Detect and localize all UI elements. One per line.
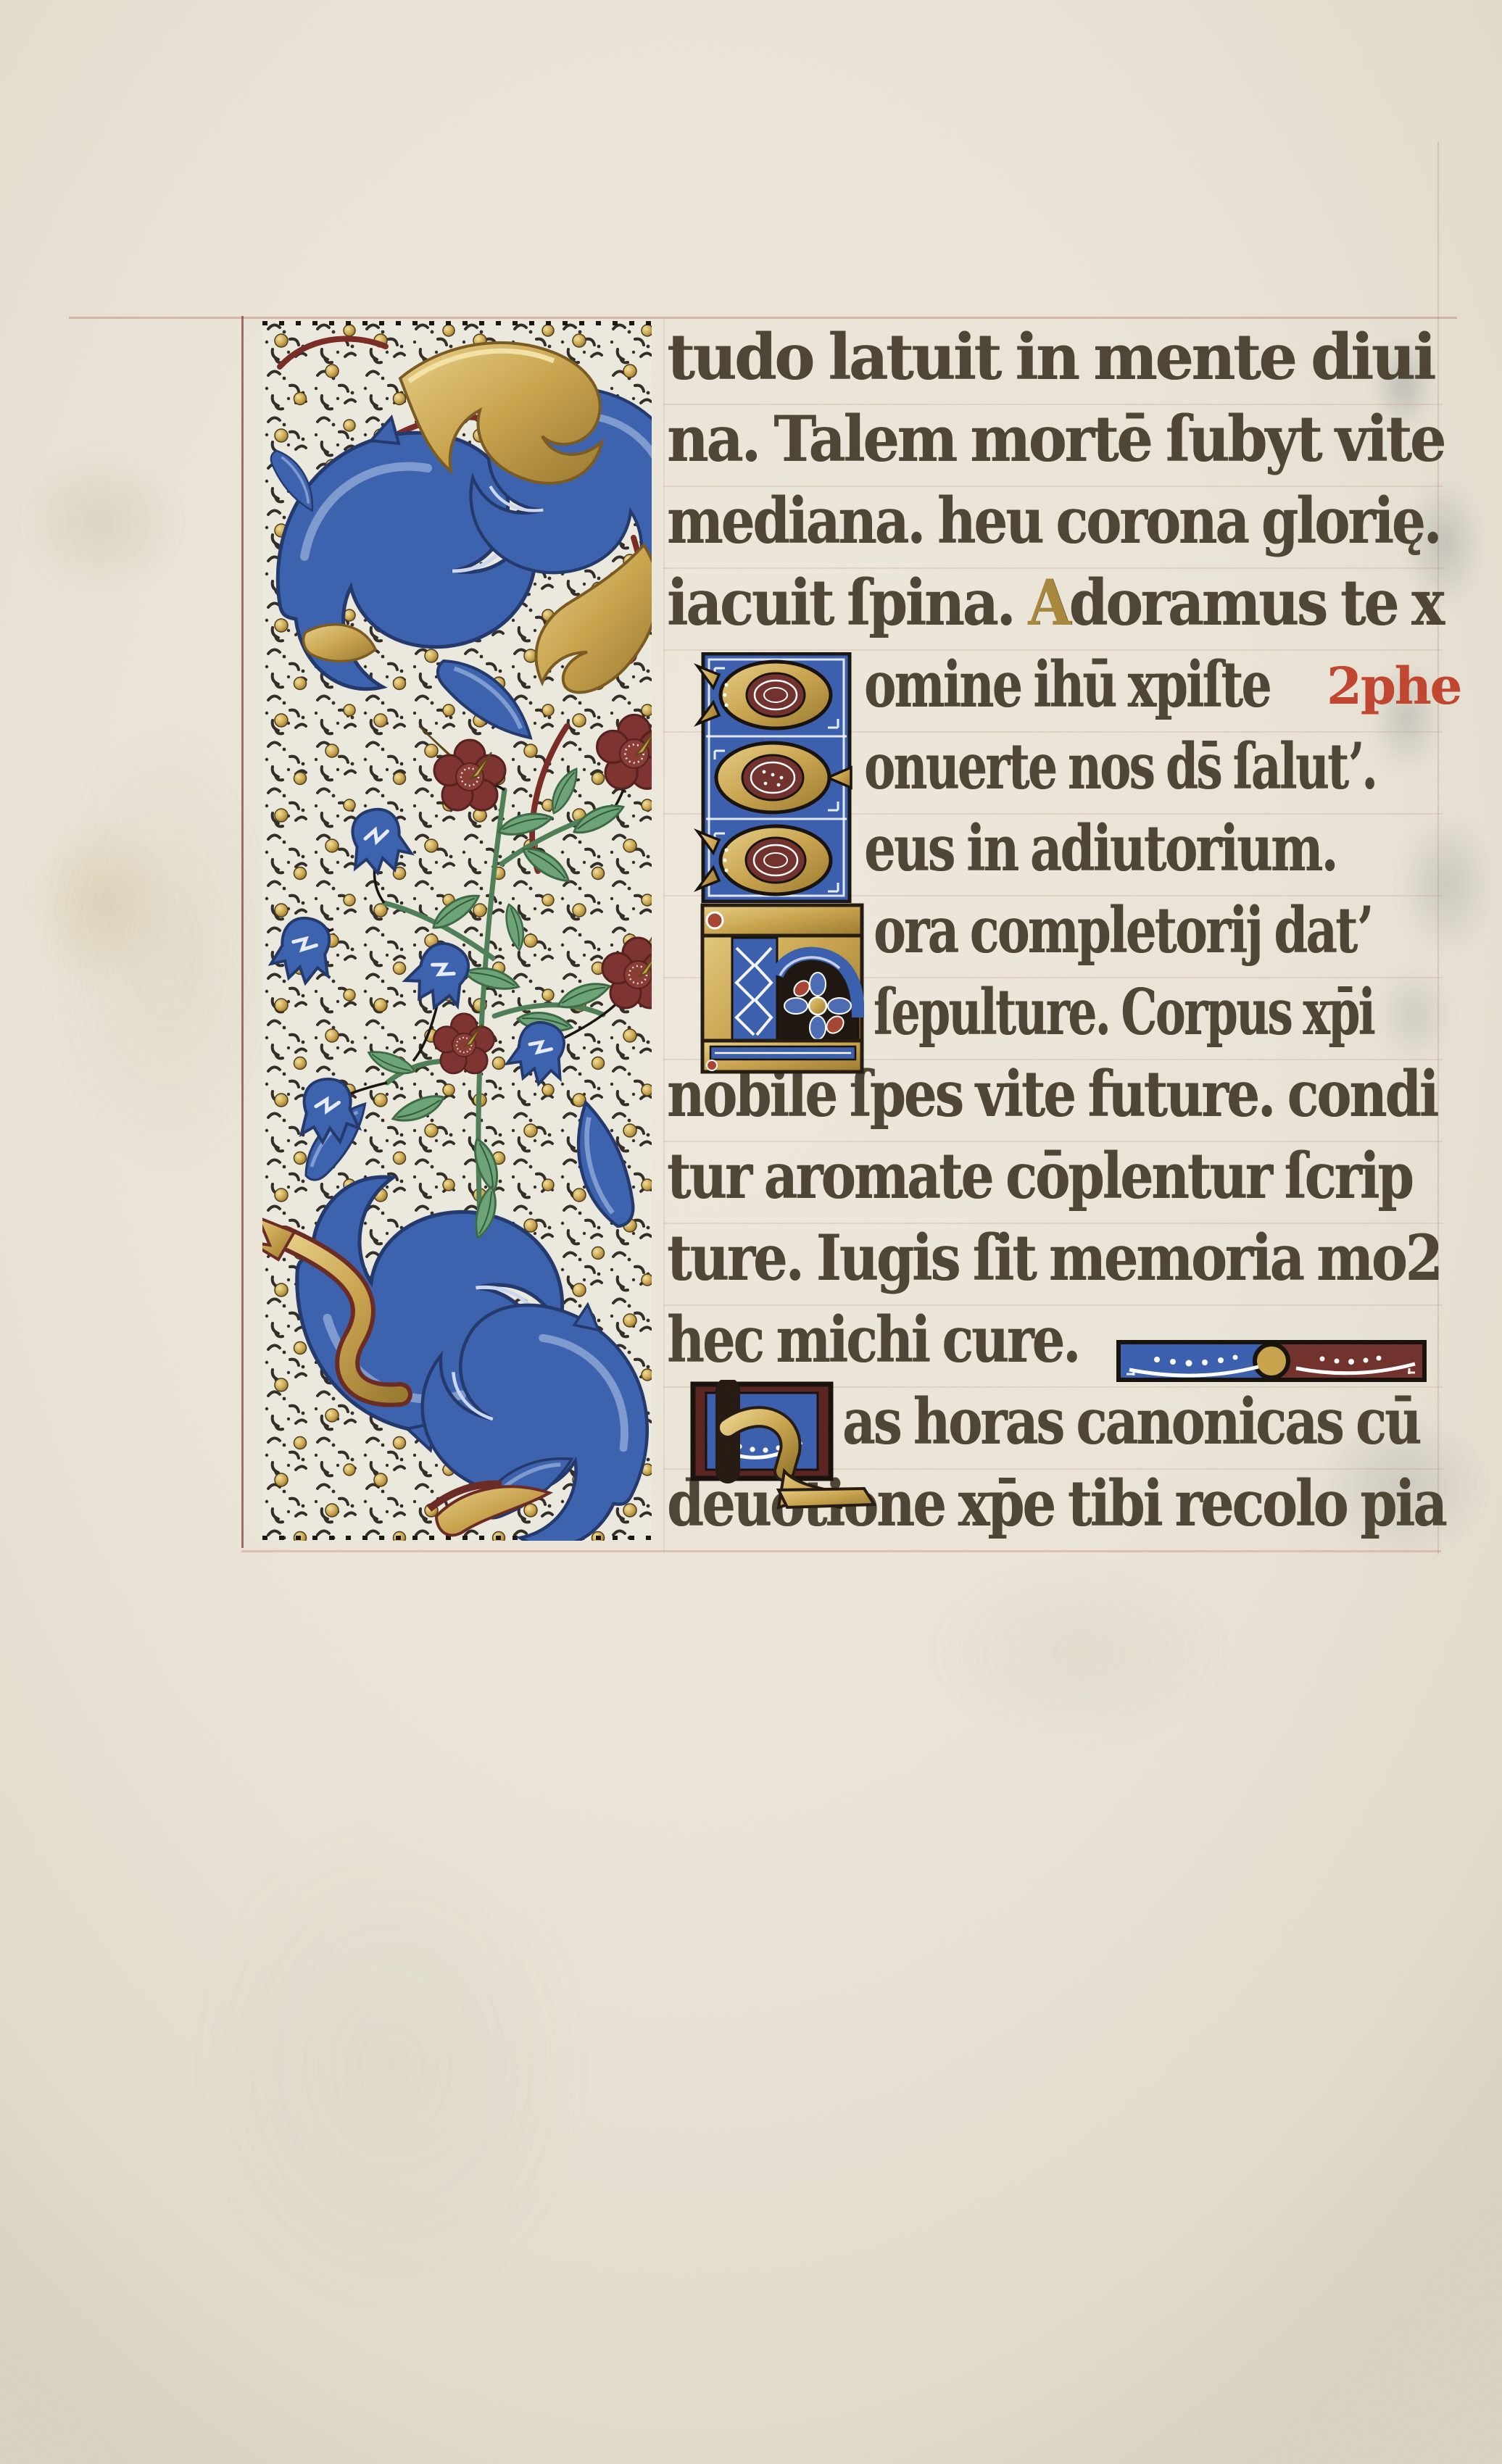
- text-line: mediana. heu corona glorię.: [667, 490, 1440, 553]
- parchment-stain: [29, 819, 174, 986]
- text-line: tudo latuit in mente diui: [667, 326, 1434, 389]
- ruling-line: [69, 317, 1457, 319]
- panel-edge-rule: [241, 316, 244, 1548]
- border-panel-art: [262, 320, 652, 1541]
- gilded-capital: A: [1028, 566, 1069, 640]
- parchment-stain: [188, 1812, 594, 2319]
- text-line: ſepulture. Corpus xp̄i: [874, 981, 1374, 1044]
- text-line: onuerte nos ds̄ ſalutʼ.: [864, 736, 1376, 799]
- line-text: iacuit ſpina.: [667, 566, 1028, 640]
- line-text: doramus te x: [1069, 566, 1443, 640]
- parchment-stain: [928, 1558, 1232, 1747]
- initial-H-large: [700, 903, 864, 1074]
- initial-H-gold: [689, 1380, 906, 1518]
- text-line: eus in adiutorium.: [864, 817, 1337, 881]
- initial-D-column: [684, 652, 852, 903]
- text-line: ora completorij datʼ: [874, 899, 1371, 962]
- text-line: na. Talem mortē ſubyt vite: [667, 408, 1444, 471]
- text-line: tur aromate cōplentur ſcrip: [667, 1145, 1412, 1208]
- rubric-text: 2phe: [1327, 661, 1461, 712]
- ruling-line: [241, 1550, 1441, 1552]
- parchment-page: tudo latuit in mente diuina. Talem mortē…: [0, 0, 1502, 2464]
- parchment-stain: [43, 725, 290, 1174]
- line-filler: [1116, 1338, 1427, 1384]
- parchment-stain: [22, 449, 181, 594]
- text-line: ture. Iugis ſit memoria mo2: [667, 1227, 1441, 1290]
- illuminated-border-panel: [262, 320, 652, 1541]
- text-line: omine ihū xpiſte: [864, 654, 1270, 717]
- text-line: hec michi cure.: [667, 1309, 1079, 1372]
- text-line: as horas canonicas cū: [842, 1391, 1419, 1454]
- text-line: iacuit ſpina. Adoramus te x: [667, 572, 1443, 635]
- ruling-line: [663, 319, 665, 1552]
